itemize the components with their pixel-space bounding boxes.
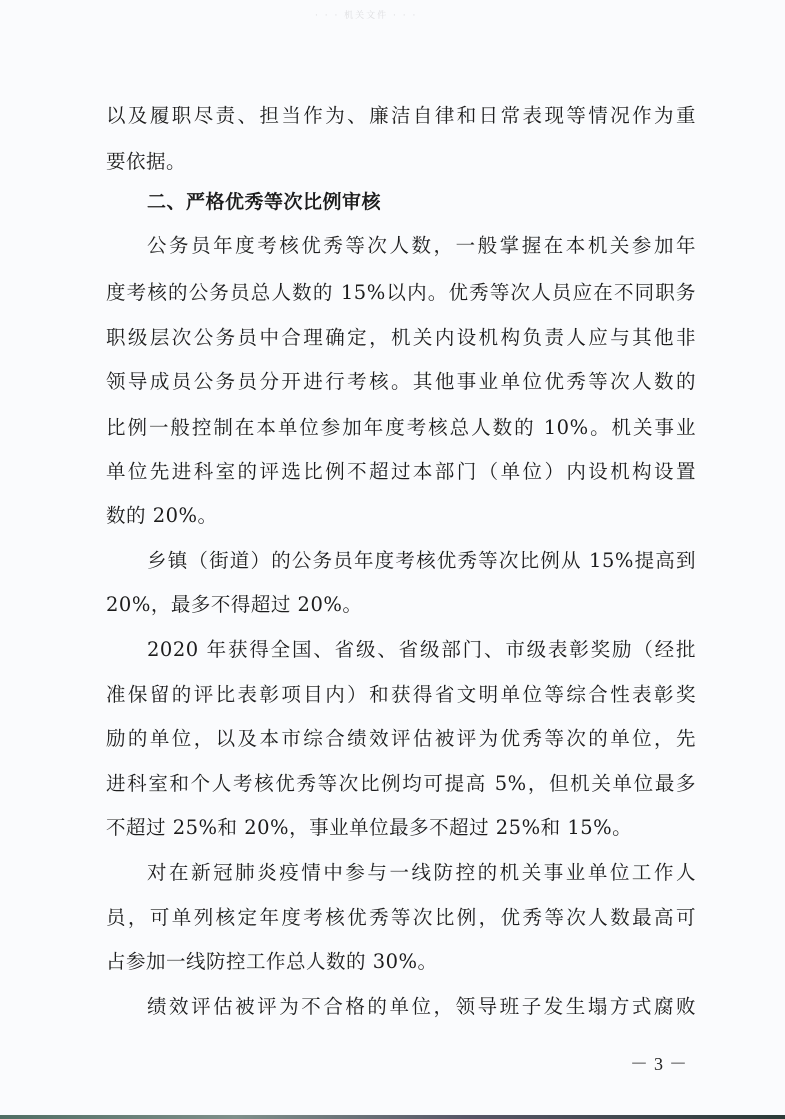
paragraph-line: 乡镇（街道）的公务员年度考核优秀等次比例从 15%提高到 — [147, 549, 696, 573]
paragraph-line: 要依据。 — [106, 150, 696, 174]
paragraph-line: 2020 年获得全国、省级、省级部门、市级表彰奖励（经批 — [147, 638, 696, 662]
paragraph-line: 不超过 25%和 20%，事业单位最多不超过 25%和 15%。 — [106, 816, 696, 840]
paragraph-line: 员，可单列核定年度考核优秀等次比例，优秀等次人数最高可 — [106, 906, 696, 930]
paragraph-line: 公务员年度考核优秀等次人数，一般掌握在本机关参加年 — [147, 234, 696, 258]
paragraph-line: 比例一般控制在本单位参加年度考核总人数的 10%。机关事业 — [106, 416, 696, 440]
paragraph-line: 对在新冠肺炎疫情中参与一线防控的机关事业单位工作人 — [147, 861, 696, 885]
paragraph-line: 度考核的公务员总人数的 15%以内。优秀等次人员应在不同职务 — [106, 281, 696, 305]
paragraph-line: 励的单位，以及本市综合绩效评估被评为优秀等次的单位，先 — [106, 727, 696, 751]
page-number: －3－ — [630, 1050, 693, 1076]
paragraph-line: 职级层次公务员中合理确定，机关内设机构负责人应与其他非 — [106, 326, 696, 350]
faded-header-mark: · · · 机关文件 · · · — [315, 8, 425, 16]
paragraph-line: 进科室和个人考核优秀等次比例均可提高 5%，但机关单位最多 — [106, 772, 696, 796]
paragraph-line: 领导成员公务员分开进行考核。其他事业单位优秀等次人数的 — [106, 370, 696, 394]
paragraph-line: 准保留的评比表彰项目内）和获得省文明单位等综合性表彰奖 — [106, 683, 696, 707]
paragraph-line: 单位先进科室的评选比例不超过本部门（单位）内设机构设置 — [106, 460, 696, 484]
paragraph-line: 以及履职尽责、担当作为、廉洁自律和日常表现等情况作为重 — [106, 104, 696, 128]
paragraph-line: 数的 20%。 — [106, 504, 696, 528]
section-heading: 二、严格优秀等次比例审核 — [147, 190, 696, 214]
paragraph-line: 绩效评估被评为不合格的单位，领导班子发生塌方式腐败 — [147, 995, 696, 1019]
paragraph-line: 20%，最多不得超过 20%。 — [106, 593, 696, 617]
paragraph-line: 占参加一线防控工作总人数的 30%。 — [106, 950, 696, 974]
scan-edge-strip — [0, 1115, 785, 1119]
